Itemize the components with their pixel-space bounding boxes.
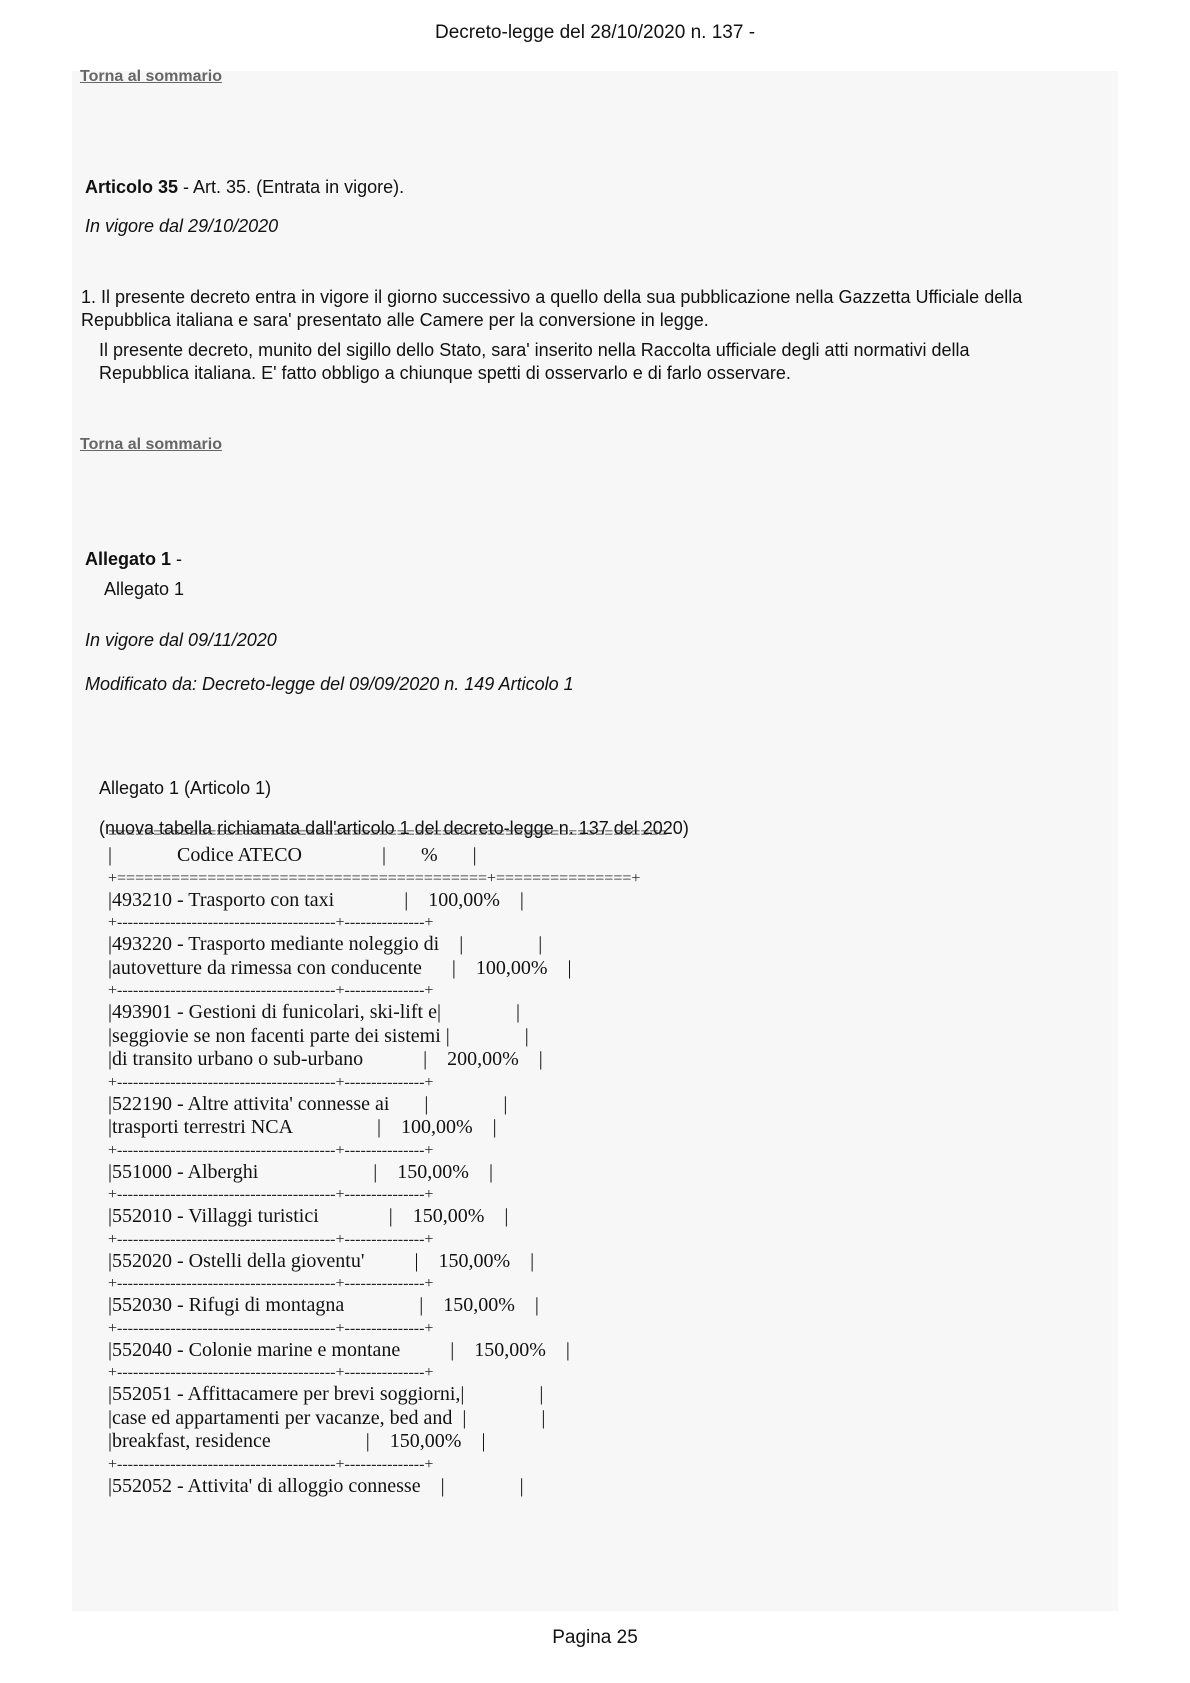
table-row: |autovetture da rimessa con conducente |…	[108, 957, 667, 981]
table-row: |522190 - Altre attivita' connesse ai | …	[108, 1093, 667, 1117]
article-separator: -	[178, 177, 193, 197]
table-header-row: | Codice ATECO | % |	[108, 844, 667, 868]
allegato-separator: -	[171, 549, 182, 569]
table-row-rule: +---------------------------------------…	[108, 980, 667, 1001]
article-heading: Articolo 35 - Art. 35. (Entrata in vigor…	[85, 177, 404, 198]
allegato-label: Allegato 1	[85, 549, 171, 569]
page-number: Pagina 25	[0, 1627, 1190, 1649]
table-row: |493901 - Gestioni di funicolari, ski-li…	[108, 1001, 667, 1025]
table-row: |552051 - Affittacamere per brevi soggio…	[108, 1383, 667, 1407]
table-row: |seggiovie se non facenti parte dei sist…	[108, 1025, 667, 1049]
table-row-rule: +---------------------------------------…	[108, 1140, 667, 1161]
table-row: |di transito urbano o sub-urbano | 200,0…	[108, 1048, 667, 1072]
table-row: |552010 - Villaggi turistici | 150,00% |	[108, 1205, 667, 1229]
table-row: |552040 - Colonie marine e montane | 150…	[108, 1339, 667, 1363]
table-row: |552020 - Ostelli della gioventu' | 150,…	[108, 1250, 667, 1274]
table-row-rule: +---------------------------------------…	[108, 1072, 667, 1093]
article-in-force: In vigore dal 29/10/2020	[85, 216, 278, 237]
paragraph-2-line-2: Repubblica italiana. E' fatto obbligo a …	[99, 362, 970, 385]
table-row: |trasporti terrestri NCA | 100,00% |	[108, 1116, 667, 1140]
allegato-table-heading: Allegato 1 (Articolo 1)	[99, 778, 271, 799]
table-row: |493220 - Trasporto mediante noleggio di…	[108, 933, 667, 957]
table-row-rule: +---------------------------------------…	[108, 1362, 667, 1383]
content-box: Torna al sommario Articolo 35 - Art. 35.…	[72, 71, 1118, 1611]
table-row-rule: +---------------------------------------…	[108, 912, 667, 933]
allegato-in-force: In vigore dal 09/11/2020	[85, 630, 277, 651]
article-label: Articolo 35	[85, 177, 178, 197]
article-paragraph-2: Il presente decreto, munito del sigillo …	[99, 339, 970, 385]
table-row-rule: +---------------------------------------…	[108, 1454, 667, 1475]
table-row-rule: +---------------------------------------…	[108, 1184, 667, 1205]
back-to-summary-link-2[interactable]: Torna al sommario	[80, 436, 222, 454]
allegato-heading: Allegato 1 -	[85, 549, 182, 570]
table-row: |breakfast, residence | 150,00% |	[108, 1430, 667, 1454]
article-paragraph-1: 1. Il presente decreto entra in vigore i…	[81, 286, 1022, 332]
article-title: Art. 35. (Entrata in vigore).	[193, 177, 404, 197]
table-row-rule: +---------------------------------------…	[108, 1229, 667, 1250]
table-row: |552030 - Rifugi di montagna | 150,00% |	[108, 1294, 667, 1318]
allegato-modified-by: Modificato da: Decreto-legge del 09/09/2…	[85, 674, 574, 695]
back-to-summary-link[interactable]: Torna al sommario	[80, 68, 222, 86]
table-row: |493210 - Trasporto con taxi | 100,00% |	[108, 889, 667, 913]
document-header: Decreto-legge del 28/10/2020 n. 137 -	[0, 22, 1190, 44]
table-row: |case ed appartamenti per vacanze, bed a…	[108, 1407, 667, 1431]
ateco-table-text: ========================================…	[108, 823, 667, 1498]
allegato-subtitle: Allegato 1	[104, 579, 184, 600]
table-header-rule: +=======================================…	[108, 868, 667, 889]
table-row-rule: +---------------------------------------…	[108, 1273, 667, 1294]
table-row: |551000 - Alberghi | 150,00% |	[108, 1161, 667, 1185]
table-top-rule: ========================================…	[108, 823, 667, 844]
table-row-rule: +---------------------------------------…	[108, 1318, 667, 1339]
paragraph-1-line-1: 1. Il presente decreto entra in vigore i…	[81, 286, 1022, 309]
paragraph-2-line-1: Il presente decreto, munito del sigillo …	[99, 339, 970, 362]
paragraph-1-line-2: Repubblica italiana e sara' presentato a…	[81, 309, 1022, 332]
table-row: |552052 - Attivita' di alloggio connesse…	[108, 1475, 667, 1499]
